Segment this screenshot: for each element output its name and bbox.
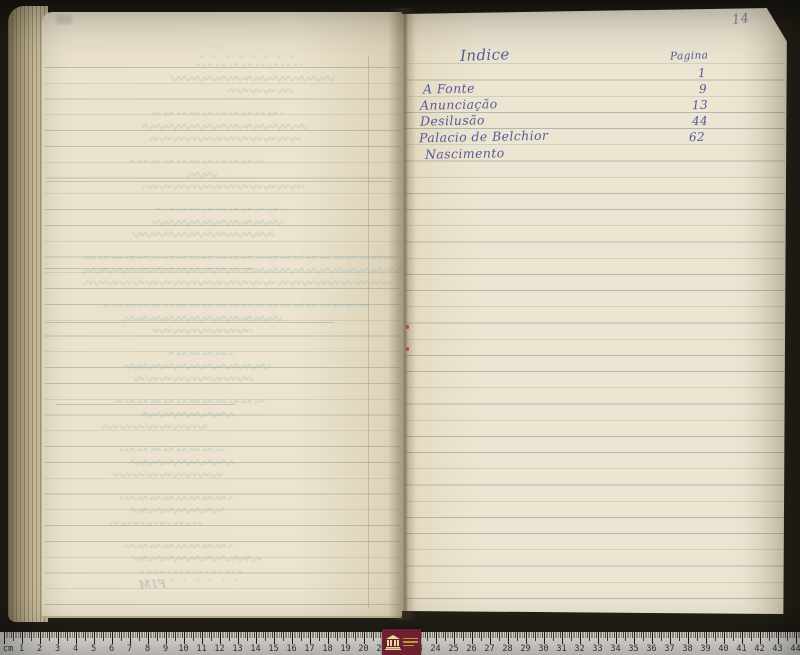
library-stamp — [382, 629, 421, 655]
index-page-column-header: Pagina — [670, 49, 709, 62]
ruler-tick-label: 11 — [196, 644, 206, 654]
index-entry-title: Nascimento — [425, 145, 505, 163]
ruler-unit-label: cm — [3, 644, 13, 654]
index-entry-page: 13 — [692, 97, 709, 114]
ruler-tick-label: 33 — [592, 644, 602, 654]
ruler-tick-label: 25 — [448, 644, 458, 654]
binding-stitch — [406, 325, 409, 329]
ruler-tick-label: 14 — [250, 644, 260, 654]
index-entry-row: Nascimento — [402, 146, 742, 162]
right-page: 14 Indice Pagina 1 A Fonte 9 Anunciação … — [402, 8, 788, 614]
ruler-tick-label: 3 — [55, 644, 60, 654]
handwritten-page-number: 14 — [731, 11, 750, 28]
index-entry-page: 44 — [692, 113, 709, 130]
ruler-tick-label: 18 — [322, 644, 332, 654]
index-entry-row: A Fonte 9 — [402, 81, 742, 97]
ruler-tick-label: 26 — [466, 644, 476, 654]
ruler-tick-label: 41 — [736, 644, 746, 654]
index-entry-page: 9 — [699, 81, 708, 97]
ruler-tick-label: 20 — [358, 644, 368, 654]
scanned-notebook-spread: FIM 14 Indice Pagina 1 A Fonte 9 Anuncia… — [0, 0, 800, 655]
ruler-tick-label: 13 — [232, 644, 242, 654]
ruler-tick-label: 4 — [73, 644, 78, 654]
ruler-tick-label: 44 — [790, 644, 800, 654]
index-entry-page: 62 — [689, 129, 706, 146]
index-entry-title: Desilusão — [420, 112, 485, 129]
ruler-tick-label: 28 — [502, 644, 512, 654]
library-building-icon — [385, 635, 401, 650]
ruler-tick-label: 24 — [430, 644, 440, 654]
ruler-tick-label: 8 — [145, 644, 150, 654]
ruler-tick-label: 43 — [772, 644, 782, 654]
binding-stitch — [406, 347, 409, 351]
ruler-tick-label: 1 — [19, 644, 24, 654]
bleedthrough-fim-text: FIM — [138, 578, 166, 592]
ruler-tick-label: 31 — [556, 644, 566, 654]
ruler-tick-label: 37 — [664, 644, 674, 654]
index-entry-row: Desilusão 44 — [402, 113, 742, 129]
index-entry-row: 1 — [402, 65, 742, 81]
ruler-tick-label: 35 — [628, 644, 638, 654]
ruler-tick-label: 30 — [538, 644, 548, 654]
ruler-tick-label: 10 — [178, 644, 188, 654]
index-entry-title: Palacio de Belchior — [419, 128, 549, 147]
left-page: FIM — [42, 12, 402, 618]
index-entry-page: 1 — [698, 65, 707, 81]
index-entry-row: Palacio de Belchior 62 — [402, 129, 742, 145]
ruler-tick-label: 2 — [37, 644, 42, 654]
ruler-tick-label: 34 — [610, 644, 620, 654]
stamp-text-lines — [403, 638, 418, 647]
ruler-tick-label: 32 — [574, 644, 584, 654]
index-entry-title: A Fonte — [423, 80, 475, 97]
ruler-tick-label: 40 — [718, 644, 728, 654]
ruler-tick-label: 36 — [646, 644, 656, 654]
ruler-tick-label: 12 — [214, 644, 224, 654]
ruler-tick-label: 19 — [340, 644, 350, 654]
ruler-tick-label: 29 — [520, 644, 530, 654]
ruler-tick-label: 27 — [484, 644, 494, 654]
index-entry-title: Anunciação — [420, 96, 498, 114]
ruler-tick-label: 38 — [682, 644, 692, 654]
bleedthrough-handwriting — [42, 12, 402, 618]
ruler-tick-label: 5 — [91, 644, 96, 654]
ruler-tick-label: 17 — [304, 644, 314, 654]
ruler-tick-label: 39 — [700, 644, 710, 654]
index-title: Indice — [460, 45, 510, 65]
ruler-tick-label: 6 — [109, 644, 114, 654]
ruler-tick-label: 7 — [127, 644, 132, 654]
ruler-tick-label: 16 — [286, 644, 296, 654]
ruler: cm 1234567891011121314151617181920212223… — [0, 632, 800, 655]
ruler-tick-label: 9 — [163, 644, 168, 654]
ruler-tick-label: 15 — [268, 644, 278, 654]
ruler-tick-label: 42 — [754, 644, 764, 654]
index-entry-row: Anunciação 13 — [402, 97, 742, 113]
